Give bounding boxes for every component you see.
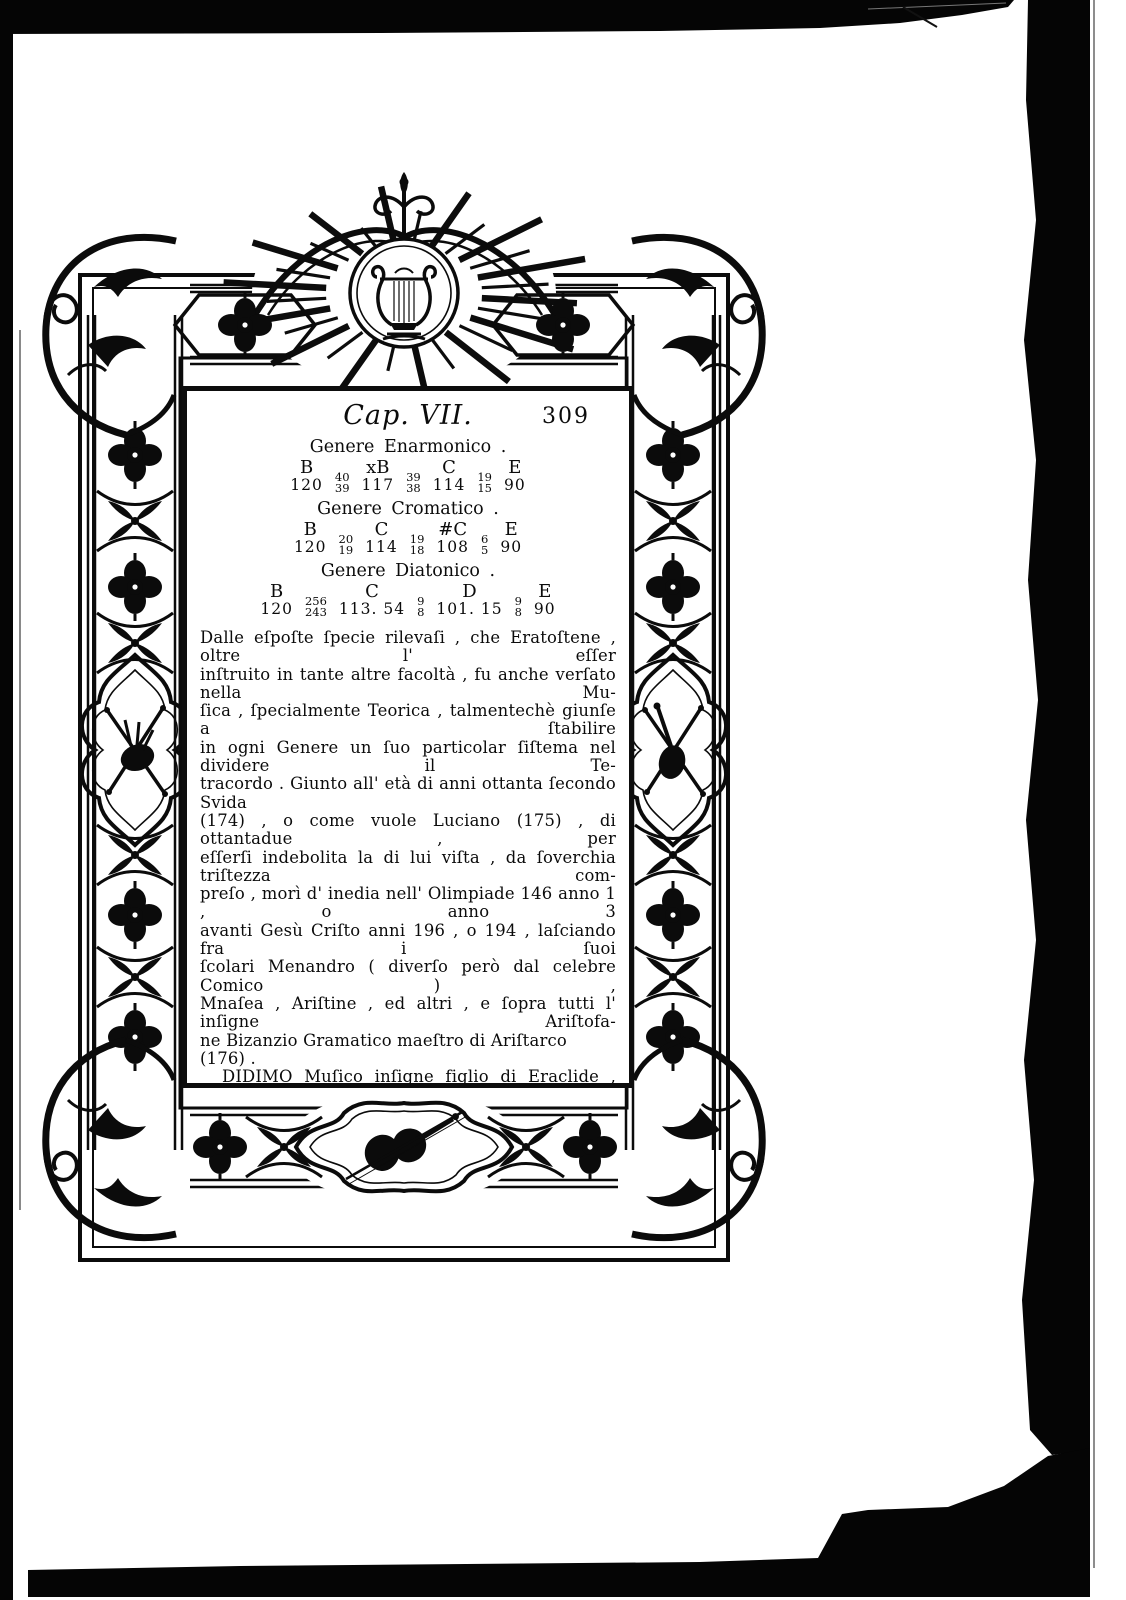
palmette-cross-icon (635, 825, 711, 885)
genus-note-cell: C114 (365, 520, 398, 556)
scan-edge-line (1093, 0, 1095, 1568)
genus-row: B1202019C1141918#C10865E90 (200, 520, 616, 556)
genus-note-cell: B120 (260, 582, 293, 618)
left-band-ornaments (82, 421, 188, 1071)
quatrefoil-icon (646, 553, 700, 621)
bottom-ink-bar (28, 1448, 1090, 1597)
palmette-cross-icon (635, 491, 711, 551)
genus-note-cell: B120 (290, 458, 323, 494)
genus-table-cromatico: Genere Cromatico . B1202019C1141918#C108… (200, 499, 616, 556)
body-text: Dalle eſpoſte ſpecie rilevaſi , che Erat… (200, 629, 616, 1088)
bagpipe-icon (104, 705, 168, 797)
corner-flourish-icon (632, 237, 762, 435)
genus-ratio-cell: 98 (515, 596, 522, 617)
quatrefoil-icon (108, 881, 162, 949)
genus-note-cell: D101. 15 (436, 582, 502, 618)
genus-note-cell: B120 (294, 520, 327, 556)
text-line: Mnaſea , Ariſtine , ed altri , e ſopra t… (200, 995, 616, 1032)
genus-table-diatonico: Genere Diatonico . B120256243C113. 5498D… (200, 561, 616, 618)
quatrefoil-icon (646, 881, 700, 949)
genus-note-cell: #C108 (436, 520, 469, 556)
text-line: Dalle eſpoſte ſpecie rilevaſi , che Erat… (200, 629, 616, 666)
text-line: DIDIMO Muſico inſigne figlio di Eraclide… (200, 1068, 616, 1088)
text-panel: Cap. VII. 309 Genere Enarmonico . B12040… (182, 386, 634, 1088)
page-scan: Cap. VII. 309 Genere Enarmonico . B12040… (0, 0, 1126, 1600)
text-line: ſica , ſpecialmente Teorica , talmentech… (200, 702, 616, 739)
palmette-cross-icon (97, 613, 173, 673)
genus-ratio-cell: 4039 (335, 472, 350, 493)
corner-flourish-icon (46, 237, 176, 435)
gutter-shadow (19, 330, 21, 1210)
lute-icon (642, 703, 706, 798)
text-line: tracordo . Giunto all' età di anni ottan… (200, 775, 616, 812)
torn-paper-edge (1022, 0, 1090, 1455)
genus-note-cell: E90 (534, 582, 556, 618)
palmette-cross-icon (97, 825, 173, 885)
left-ink-strip (0, 0, 13, 1600)
genus-ratio-cell: 256243 (305, 596, 327, 617)
corner-flourish-icon (46, 1040, 176, 1238)
genus-row: B120256243C113. 5498D101. 1598E90 (200, 582, 616, 618)
body-paragraph: DIDIMO Muſico inſigne figlio di Eraclide… (200, 1068, 616, 1088)
genus-ratio-cell: 2019 (339, 534, 354, 555)
genus-ratio-cell: 3938 (406, 472, 421, 493)
genus-ratio-cell: 65 (481, 534, 488, 555)
genus-note-cell: xB117 (362, 458, 395, 494)
corner-flourish-icon (632, 1040, 762, 1238)
genus-note-cell: E90 (504, 458, 526, 494)
genus-ratio-cell: 98 (417, 596, 424, 617)
genus-title: Genere Diatonico . (200, 561, 616, 581)
body-paragraph: Dalle eſpoſte ſpecie rilevaſi , che Erat… (200, 629, 616, 1068)
text-line: eſſerſi indebolita la di lui viſta , da … (200, 849, 616, 886)
genus-table-enarmonico: Genere Enarmonico . B1204039xB1173938C11… (200, 437, 616, 494)
genus-ratio-cell: 1915 (477, 472, 492, 493)
chapter-header: Cap. VII. 309 (200, 400, 616, 432)
quatrefoil-icon (193, 1113, 247, 1181)
quatrefoil-icon (108, 1003, 162, 1071)
page-number: 309 (542, 404, 590, 429)
chapter-title: Cap. VII. (343, 400, 473, 431)
text-line: ſcolari Menandro ( diverſo però dal cele… (200, 958, 616, 995)
genus-title: Genere Cromatico . (200, 499, 616, 519)
right-band-ornaments (620, 421, 726, 1071)
palmette-cross-icon (97, 947, 173, 1007)
quatrefoil-icon (646, 1003, 700, 1071)
text-line: inſtruito in tante altre facoltà , fu an… (200, 666, 616, 703)
top-ink-bar (0, 0, 1014, 34)
quatrefoil-icon (108, 553, 162, 621)
genus-note-cell: C114 (433, 458, 466, 494)
palmette-cross-icon (97, 491, 173, 551)
text-line: ne Bizanzio Gramatico maeſtro di Ariſtar… (200, 1032, 616, 1069)
text-line: (174) , o come vuole Luciano (175) , di … (200, 812, 616, 849)
genus-note-cell: C113. 54 (339, 582, 405, 618)
palmette-cross-icon (635, 947, 711, 1007)
text-line: preſo , morì d' inedia nell' Olimpiade 1… (200, 885, 616, 922)
text-line: in ogni Genere un ſuo particolar ſiſtema… (200, 739, 616, 776)
quatrefoil-icon (563, 1113, 617, 1181)
genus-note-cell: E90 (500, 520, 522, 556)
genus-row: B1204039xB1173938C1141915E90 (200, 458, 616, 494)
genus-ratio-cell: 1918 (410, 534, 425, 555)
palmette-cross-icon (635, 613, 711, 673)
genus-title: Genere Enarmonico . (200, 437, 616, 457)
text-line: avanti Gesù Criſto anni 196 , o 194 , la… (200, 922, 616, 959)
